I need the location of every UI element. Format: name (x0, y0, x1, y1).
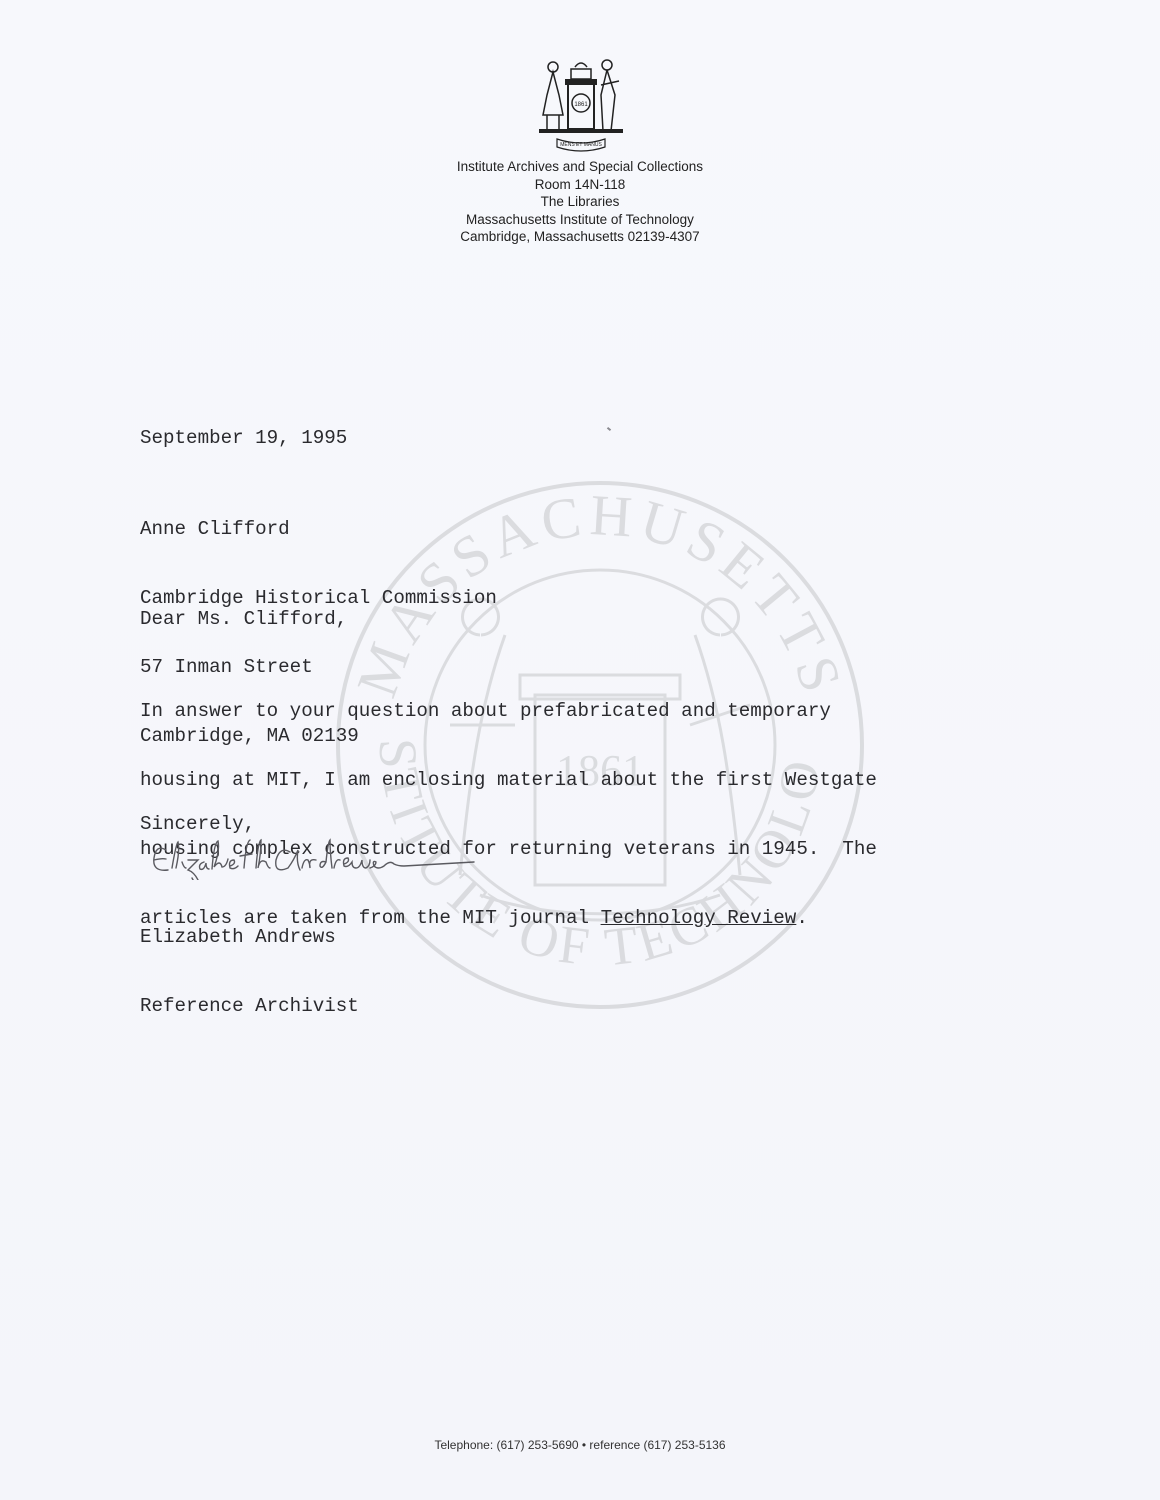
signer-title: Reference Archivist (140, 995, 359, 1018)
letterhead-room: Room 14N-118 (330, 176, 830, 194)
svg-text:MENS ET MANUS: MENS ET MANUS (560, 142, 602, 148)
letterhead-department: Institute Archives and Special Collectio… (330, 158, 830, 176)
letter-date: September 19, 1995 (140, 427, 347, 450)
letter-page: MASSACHUSETTS INSTITUTE OF TECHNOLOGY 18… (0, 0, 1160, 1500)
svg-text:1861: 1861 (574, 102, 588, 108)
letterhead-libraries: The Libraries (330, 193, 830, 211)
recipient-name: Anne Clifford (140, 518, 497, 541)
journal-title: Technology Review (601, 907, 797, 929)
closing: Sincerely, (140, 813, 255, 836)
body-text: . (796, 907, 808, 929)
footer-telephone: Telephone: (617) 253-5690 • reference (6… (330, 1438, 830, 1452)
signer-block: Elizabeth Andrews Reference Archivist (140, 880, 359, 1064)
letterhead-city: Cambridge, Massachusetts 02139-4307 (330, 228, 830, 246)
letterhead-address: Institute Archives and Special Collectio… (330, 158, 830, 246)
salutation: Dear Ms. Clifford, (140, 608, 347, 631)
body-line: housing at MIT, I am enclosing material … (140, 769, 877, 792)
mit-seal-crest-icon: 1861 MENS ET MANUS (535, 55, 627, 155)
letterhead-institute: Massachusetts Institute of Technology (330, 211, 830, 229)
handwritten-signature: Elizabeth Andrews (148, 838, 518, 880)
signer-name: Elizabeth Andrews (140, 926, 359, 949)
recipient-organization: Cambridge Historical Commission (140, 587, 497, 610)
scan-speck (607, 427, 611, 431)
body-line: In answer to your question about prefabr… (140, 700, 877, 723)
